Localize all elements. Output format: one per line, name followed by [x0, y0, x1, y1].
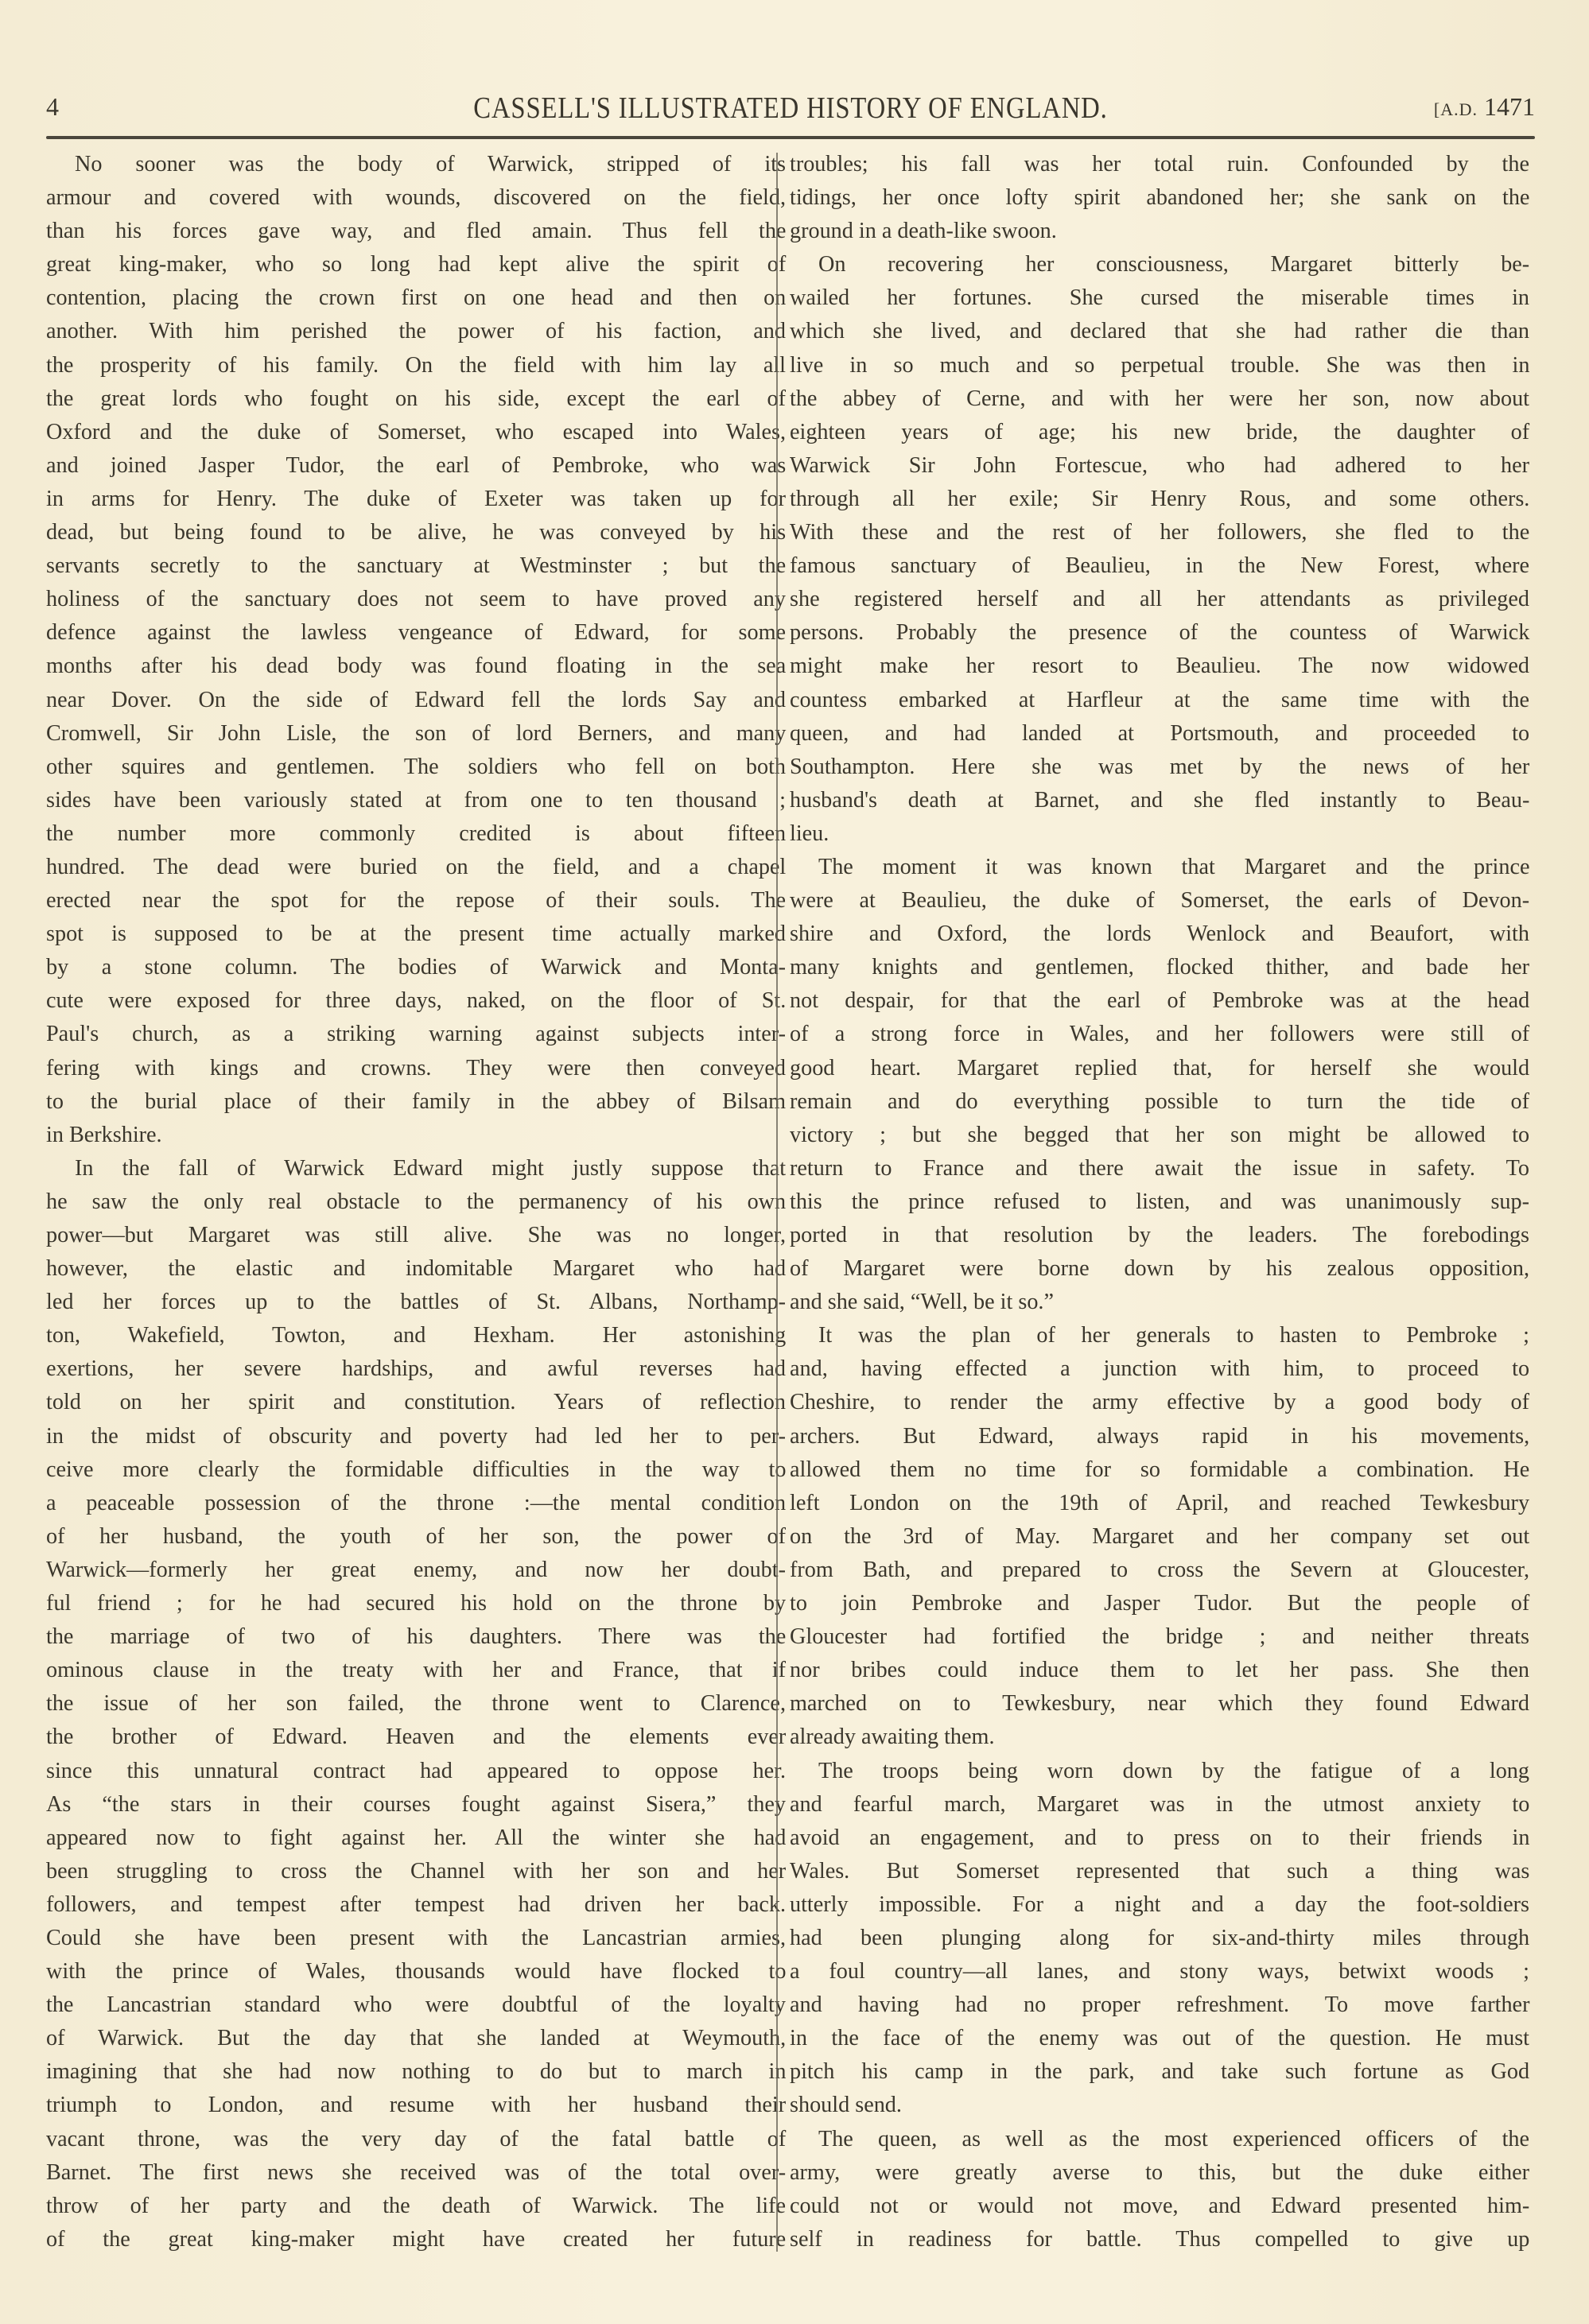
- text-line: husband's death at Barnet, and she fled …: [790, 784, 1529, 817]
- text-line: Warwick—formerly her great enemy, and no…: [46, 1554, 786, 1587]
- paragraph: The troops being worn down by the fatigu…: [790, 1755, 1529, 2123]
- text-line: the number more commonly credited is abo…: [46, 817, 786, 851]
- text-line: ceive more clearly the formidable diffic…: [46, 1453, 786, 1487]
- text-line: On recovering her consciousness, Margare…: [790, 248, 1529, 281]
- text-line: As “the stars in their courses fought ag…: [46, 1788, 786, 1822]
- text-line: Oxford and the duke of Somerset, who esc…: [46, 416, 786, 449]
- text-line: imagining that she had now nothing to do…: [46, 2055, 786, 2089]
- text-line: might make her resort to Beaulieu. The n…: [790, 650, 1529, 683]
- text-line: vacant throne, was the very day of the f…: [46, 2123, 786, 2156]
- text-line: the brother of Edward. Heaven and the el…: [46, 1721, 786, 1754]
- text-line: Paul's church, as a striking warning aga…: [46, 1018, 786, 1051]
- text-line: been struggling to cross the Channel wit…: [46, 1855, 786, 1888]
- running-title: CASSELL'S ILLUSTRATED HISTORY OF ENGLAND…: [150, 91, 1431, 126]
- text-line: dead, but being found to be alive, he wa…: [46, 516, 786, 549]
- text-line: ported in that resolution by the leaders…: [790, 1219, 1529, 1252]
- text-line: holiness of the sanctuary does not seem …: [46, 583, 786, 616]
- text-line: utterly impossible. For a night and a da…: [790, 1888, 1529, 1922]
- text-line: contention, placing the crown first on o…: [46, 281, 786, 315]
- paragraph: In the fall of Warwick Edward might just…: [46, 1152, 786, 2256]
- text-line: spot is supposed to be at the present ti…: [46, 918, 786, 951]
- text-line: a foul country—all lanes, and stony ways…: [790, 1955, 1529, 1988]
- text-line: Cheshire, to render the army effective b…: [790, 1386, 1529, 1419]
- text-line: the great lords who fought on his side, …: [46, 382, 786, 416]
- text-line: sides have been variously stated at from…: [46, 784, 786, 817]
- text-line: pitch his camp in the park, and take suc…: [790, 2055, 1529, 2089]
- text-line: months after his dead body was found flo…: [46, 650, 786, 683]
- text-line: The queen, as well as the most experienc…: [790, 2123, 1529, 2156]
- text-line: allowed them no time for so formidable a…: [790, 1453, 1529, 1487]
- text-line: near Dover. On the side of Edward fell t…: [46, 684, 786, 717]
- text-line: from Bath, and prepared to cross the Sev…: [790, 1554, 1529, 1587]
- text-line: appeared now to fight against her. All t…: [46, 1822, 786, 1855]
- text-line: to the burial place of their family in t…: [46, 1085, 786, 1119]
- text-line: nor bribes could induce them to let her …: [790, 1654, 1529, 1687]
- text-line: of the great king-maker might have creat…: [46, 2223, 786, 2256]
- right-column: troubles; his fall was her total ruin. C…: [790, 148, 1529, 2256]
- paragraph: The moment it was known that Margaret an…: [790, 851, 1529, 1319]
- text-line: countess embarked at Harfleur at the sam…: [790, 684, 1529, 717]
- text-line: through all her exile; Sir Henry Rous, a…: [790, 483, 1529, 516]
- text-line: Wales. But Somerset represented that suc…: [790, 1855, 1529, 1888]
- text-line: servants secretly to the sanctuary at We…: [46, 549, 786, 583]
- text-line: in arms for Henry. The duke of Exeter wa…: [46, 483, 786, 516]
- text-line: In the fall of Warwick Edward might just…: [46, 1152, 786, 1185]
- page-header: 4 CASSELL'S ILLUSTRATED HISTORY OF ENGLA…: [46, 86, 1535, 134]
- text-line: should send.: [790, 2089, 1529, 2122]
- text-line: ground in a death-like swoon.: [790, 215, 1529, 248]
- text-line: fering with kings and crowns. They were …: [46, 1052, 786, 1085]
- text-line: this the prince refused to listen, and w…: [790, 1185, 1529, 1219]
- text-line: queen, and had landed at Portsmouth, and…: [790, 717, 1529, 751]
- text-line: in Berkshire.: [46, 1119, 786, 1152]
- text-line: she registered herself and all her atten…: [790, 583, 1529, 616]
- text-line: self in readiness for battle. Thus compe…: [790, 2223, 1529, 2256]
- text-line: Barnet. The first news she received was …: [46, 2156, 786, 2190]
- text-line: and, having effected a junction with him…: [790, 1352, 1529, 1386]
- header-rule: [46, 136, 1535, 139]
- text-line: of Warwick. But the day that she landed …: [46, 2022, 786, 2055]
- text-line: in the midst of obscurity and poverty ha…: [46, 1420, 786, 1453]
- text-line: which she lived, and declared that she h…: [790, 315, 1529, 348]
- text-line: the prosperity of his family. On the fie…: [46, 349, 786, 382]
- text-line: however, the elastic and indomitable Mar…: [46, 1252, 786, 1286]
- text-line: return to France and there await the iss…: [790, 1152, 1529, 1185]
- text-line: Gloucester had fortified the bridge ; an…: [790, 1620, 1529, 1654]
- text-line: had been plunging along for six-and-thir…: [790, 1922, 1529, 1955]
- date-prefix: [A.D.: [1434, 99, 1478, 119]
- text-line: It was the plan of her generals to haste…: [790, 1319, 1529, 1352]
- text-line: told on her spirit and constitution. Yea…: [46, 1386, 786, 1419]
- text-line: Cromwell, Sir John Lisle, the son of lor…: [46, 717, 786, 751]
- column-divider: [776, 153, 778, 2252]
- text-line: another. With him perished the power of …: [46, 315, 786, 348]
- date-year: 1471: [1484, 92, 1535, 121]
- paragraph: It was the plan of her generals to haste…: [790, 1319, 1529, 1754]
- text-line: great king-maker, who so long had kept a…: [46, 248, 786, 281]
- paragraph: The queen, as well as the most experienc…: [790, 2123, 1529, 2256]
- text-line: avoid an engagement, and to press on to …: [790, 1822, 1529, 1855]
- text-line: followers, and tempest after tempest had…: [46, 1888, 786, 1922]
- text-line: he saw the only real obstacle to the per…: [46, 1185, 786, 1219]
- text-line: Warwick Sir John Fortescue, who had adhe…: [790, 449, 1529, 483]
- text-line: famous sanctuary of Beaulieu, in the New…: [790, 549, 1529, 583]
- text-line: ominous clause in the treaty with her an…: [46, 1654, 786, 1687]
- text-line: throw of her party and the death of Warw…: [46, 2190, 786, 2223]
- text-line: Southampton. Here she was met by the new…: [790, 751, 1529, 784]
- text-line: tidings, her once lofty spirit abandoned…: [790, 181, 1529, 215]
- text-line: live in so much and so perpetual trouble…: [790, 349, 1529, 382]
- text-line: to join Pembroke and Jasper Tudor. But t…: [790, 1587, 1529, 1620]
- text-line: power—but Margaret was still alive. She …: [46, 1219, 786, 1252]
- text-line: victory ; but she begged that her son mi…: [790, 1119, 1529, 1152]
- text-line: hundred. The dead were buried on the fie…: [46, 851, 786, 884]
- text-line: on the 3rd of May. Margaret and her comp…: [790, 1520, 1529, 1554]
- text-line: ful friend ; for he had secured his hold…: [46, 1587, 786, 1620]
- text-line: defence against the lawless vengeance of…: [46, 616, 786, 650]
- text-line: cute were exposed for three days, naked,…: [46, 984, 786, 1018]
- text-line: and having had no proper refreshment. To…: [790, 1988, 1529, 2022]
- text-line: archers. But Edward, always rapid in his…: [790, 1420, 1529, 1453]
- text-line: than his forces gave way, and fled amain…: [46, 215, 786, 248]
- text-line: and fearful march, Margaret was in the u…: [790, 1788, 1529, 1822]
- text-line: already awaiting them.: [790, 1721, 1529, 1754]
- date-marker: [A.D. 1471: [1434, 92, 1535, 122]
- text-line: led her forces up to the battles of St. …: [46, 1286, 786, 1319]
- paragraph: On recovering her consciousness, Margare…: [790, 248, 1529, 851]
- text-line: exertions, her severe hardships, and awf…: [46, 1352, 786, 1386]
- text-line: marched on to Tewkesbury, near which the…: [790, 1687, 1529, 1721]
- text-line: were at Beaulieu, the duke of Somerset, …: [790, 884, 1529, 918]
- text-line: of Margaret were borne down by his zealo…: [790, 1252, 1529, 1286]
- text-line: remain and do everything possible to tur…: [790, 1085, 1529, 1119]
- text-line: erected near the spot for the repose of …: [46, 884, 786, 918]
- text-line: since this unnatural contract had appear…: [46, 1755, 786, 1788]
- text-line: the marriage of two of his daughters. Th…: [46, 1620, 786, 1654]
- text-line: of her husband, the youth of her son, th…: [46, 1520, 786, 1554]
- text-line: a peaceable possession of the throne :—t…: [46, 1487, 786, 1520]
- paragraph: No sooner was the body of Warwick, strip…: [46, 148, 786, 1152]
- text-line: lieu.: [790, 817, 1529, 851]
- text-line: other squires and gentlemen. The soldier…: [46, 751, 786, 784]
- text-line: triumph to London, and resume with her h…: [46, 2089, 786, 2122]
- text-line: army, were greatly averse to this, but t…: [790, 2156, 1529, 2190]
- text-line: of a strong force in Wales, and her foll…: [790, 1018, 1529, 1051]
- text-line: The moment it was known that Margaret an…: [790, 851, 1529, 884]
- text-line: could not or would not move, and Edward …: [790, 2190, 1529, 2223]
- text-line: with the prince of Wales, thousands woul…: [46, 1955, 786, 1988]
- text-line: The troops being worn down by the fatigu…: [790, 1755, 1529, 1788]
- text-line: With these and the rest of her followers…: [790, 516, 1529, 549]
- text-line: wailed her fortunes. She cursed the mise…: [790, 281, 1529, 315]
- paragraph: troubles; his fall was her total ruin. C…: [790, 148, 1529, 248]
- book-page: 4 CASSELL'S ILLUSTRATED HISTORY OF ENGLA…: [0, 0, 1589, 2324]
- text-line: eighteen years of age; his new bride, th…: [790, 416, 1529, 449]
- text-line: shire and Oxford, the lords Wenlock and …: [790, 918, 1529, 951]
- text-line: in the face of the enemy was out of the …: [790, 2022, 1529, 2055]
- text-line: ton, Wakefield, Towton, and Hexham. Her …: [46, 1319, 786, 1352]
- text-line: the abbey of Cerne, and with her were he…: [790, 382, 1529, 416]
- text-line: the Lancastrian standard who were doubtf…: [46, 1988, 786, 2022]
- text-line: good heart. Margaret replied that, for h…: [790, 1052, 1529, 1085]
- text-line: persons. Probably the presence of the co…: [790, 616, 1529, 650]
- text-line: No sooner was the body of Warwick, strip…: [46, 148, 786, 181]
- text-line: and she said, “Well, be it so.”: [790, 1286, 1529, 1319]
- text-line: troubles; his fall was her total ruin. C…: [790, 148, 1529, 181]
- left-column: No sooner was the body of Warwick, strip…: [46, 148, 786, 2256]
- text-line: and joined Jasper Tudor, the earl of Pem…: [46, 449, 786, 483]
- text-line: Could she have been present with the Lan…: [46, 1922, 786, 1955]
- text-line: the issue of her son failed, the throne …: [46, 1687, 786, 1721]
- text-line: by a stone column. The bodies of Warwick…: [46, 951, 786, 984]
- page-number: 4: [46, 92, 59, 122]
- text-line: left London on the 19th of April, and re…: [790, 1487, 1529, 1520]
- text-line: not despair, for that the earl of Pembro…: [790, 984, 1529, 1018]
- text-line: armour and covered with wounds, discover…: [46, 181, 786, 215]
- text-line: many knights and gentlemen, flocked thit…: [790, 951, 1529, 984]
